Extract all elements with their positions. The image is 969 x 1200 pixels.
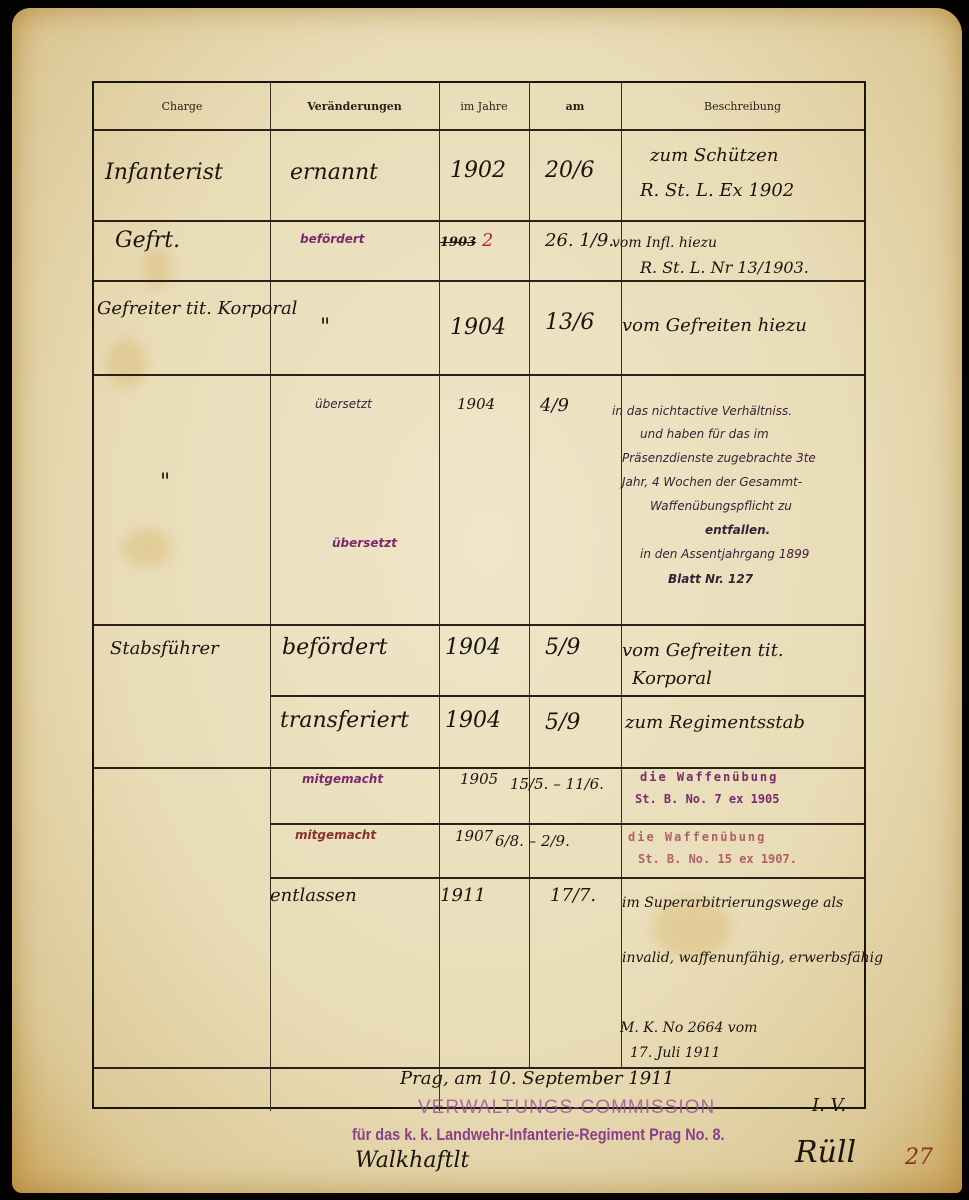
header-description: Beschreibung (621, 83, 864, 129)
signature-left: Walkhaftlt (355, 1148, 469, 1173)
row7-change: mitgemacht (302, 772, 383, 786)
row7-desc-line2: St. B. No. 7 ex 1905 (635, 792, 780, 806)
row2-year: 1903 2 (440, 230, 493, 251)
row7-desc-line1: die Waffenübung (640, 770, 778, 784)
row3-change: " (320, 315, 330, 340)
row-divider (94, 220, 864, 222)
row-divider (270, 823, 864, 825)
row4-date: 4/9 (540, 395, 569, 416)
row9-change: entlassen (270, 885, 357, 906)
row2-charge: Gefrt. (115, 228, 180, 253)
row6-desc-line1: zum Regimentsstab (625, 712, 805, 733)
row6-year: 1904 (445, 708, 501, 733)
iv-mark: I. V. (812, 1095, 846, 1116)
row1-year: 1902 (450, 158, 506, 183)
row3-desc-line1: vom Gefreiten hiezu (622, 315, 807, 336)
row8-change: mitgemacht (295, 828, 376, 842)
row1-change: ernannt (290, 160, 378, 185)
row1-desc-line1: zum Schützen (650, 145, 778, 166)
row3-charge: Gefreiter tit. Korporal (97, 298, 297, 319)
row4-desc-line2: und haben für das im (640, 427, 769, 441)
row4-desc-line5: Waffenübungspflicht zu (650, 499, 792, 513)
row8-year: 1907 (455, 827, 493, 845)
row1-charge: Infanterist (105, 160, 223, 185)
row1-desc-line2: R. St. L. Ex 1902 (640, 180, 794, 201)
red-note: 27 (905, 1145, 933, 1170)
row4-desc-line8: Blatt Nr. 127 (668, 572, 753, 586)
row1-date: 20/6 (545, 158, 594, 183)
stamp-line1: VERWALTUNGS-COMMISSION (418, 1097, 715, 1119)
row5-charge: Stabsführer (110, 638, 219, 659)
row5-year: 1904 (445, 635, 501, 660)
header-year: im Jahre (439, 83, 529, 129)
row4-change2: übersetzt (332, 536, 397, 550)
row2-desc-line1: vom Infl. hiezu (612, 235, 717, 251)
row9-date: 17/7. (550, 885, 596, 906)
row4-desc-line7: in den Assentjahrgang 1899 (640, 547, 809, 561)
row7-date: 15/5. – 11/6. (510, 775, 604, 793)
row3-year: 1904 (450, 315, 506, 340)
row8-desc-line2: St. B. No. 15 ex 1907. (638, 852, 797, 866)
column-divider (621, 83, 622, 1067)
row4-desc-line6: entfallen. (705, 523, 770, 537)
column-divider (270, 83, 271, 1111)
row2-change: befördert (300, 232, 365, 246)
row8-date: 6/8. – 2/9. (495, 832, 570, 850)
row4-desc-line1: in das nichtactive Verhältniss. (612, 404, 792, 418)
row9-year: 1911 (440, 885, 486, 906)
row9-desc-line4: 17. Juli 1911 (630, 1045, 720, 1061)
place-date: Prag, am 10. September 1911 (400, 1068, 674, 1089)
row5-desc-line1: vom Gefreiten tit. (622, 640, 784, 661)
header-changes: Veränderungen (270, 83, 439, 129)
row5-date: 5/9 (545, 635, 580, 660)
signature-right: Rüll (795, 1135, 856, 1170)
row-divider (94, 624, 864, 626)
stamp-line2: für das k. k. Landwehr-Infanterie-Regime… (352, 1125, 725, 1145)
row6-date: 5/9 (545, 710, 580, 735)
row9-desc-line3: M. K. No 2664 vom (620, 1020, 757, 1036)
header-charge: Charge (94, 83, 270, 129)
row4-change: übersetzt (315, 397, 372, 411)
row9-desc-line1: im Superarbitrierungswege als (622, 895, 843, 911)
row8-desc-line1: die Waffenübung (628, 830, 766, 844)
row-divider (94, 767, 864, 769)
row7-year: 1905 (460, 770, 498, 788)
row-divider (270, 877, 864, 879)
row3-date: 13/6 (545, 310, 594, 335)
row-divider (94, 374, 864, 376)
row4-year: 1904 (457, 395, 495, 413)
row2-desc-line2: R. St. L. Nr 13/1903. (640, 258, 809, 277)
header-divider (94, 129, 864, 131)
column-divider (529, 83, 530, 1067)
header-date: am (529, 83, 621, 129)
row5-desc-line2: Korporal (632, 668, 712, 689)
row4-charge: " (160, 470, 170, 495)
row-divider (94, 280, 864, 282)
row4-desc-line4: Jahr, 4 Wochen der Gesammt- (622, 475, 802, 489)
row-divider (270, 695, 864, 697)
row9-desc-line2: invalid, waffenunfähig, erwerbsfähig (622, 950, 883, 966)
row6-change: transferiert (280, 708, 409, 733)
row4-desc-line3: Präsenzdienste zugebrachte 3te (622, 451, 816, 465)
row2-date: 26. 1/9. (545, 230, 614, 251)
row5-change: befördert (282, 635, 387, 660)
